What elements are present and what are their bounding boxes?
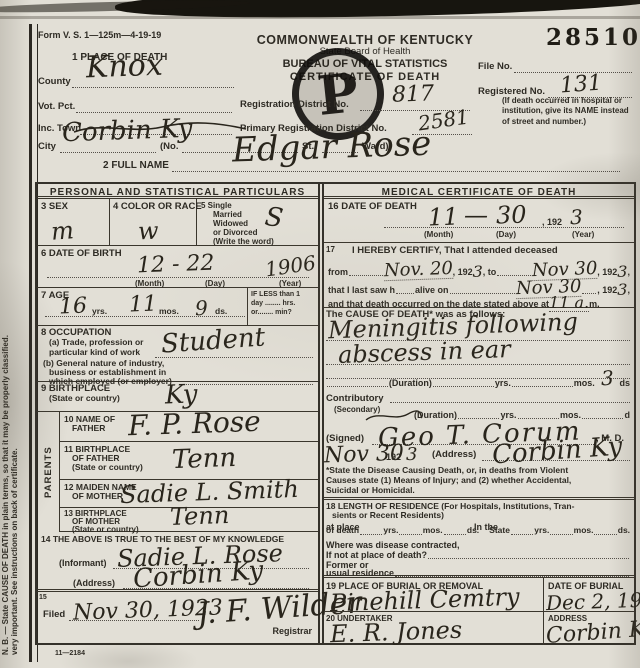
form-code: Form V. S. 1—125m—4-19-19 [38,30,161,40]
occupation-row: 8 OCCUPATION (a) Trade, profession or pa… [37,326,318,382]
reg-district-label: Registration District No. [240,100,349,111]
cause-block: The CAUSE OF DEATH* was as follows: Meni… [324,308,634,392]
dob-month-cap: (Month) [135,279,164,288]
sex-race-marital-row: 3 SEX m 4 COLOR OR RACE w 5 Single Marri… [37,199,318,246]
lastsaw-label: that I last saw h [328,285,395,295]
city-line [60,152,156,153]
dob-day-cap: (Day) [205,279,225,288]
undertaker-addr-value: Corbin Ky [545,618,640,648]
if-less-line3: or........ min? [251,309,292,317]
dob-year-value: 1906 [264,253,317,280]
res-yrs-cap: yrs. [383,526,398,536]
if-less-box: IF LESS than 1 day ........ hrs. or.....… [247,288,318,326]
city-no-label: (No. [160,142,178,153]
age-days-value: 9 [195,298,208,318]
footnote-line3: Suicidal or Homicidal. [326,486,415,496]
parents-strip: PARENTS [37,412,60,532]
lastsaw-192: , 192 [597,285,617,295]
attended-from-date: Nov. 20 [383,260,453,281]
sex-value: m [50,218,74,244]
parents-label: PARENTS [37,412,60,532]
marital-label-5: (Write the word) [213,237,274,246]
certify-num: 17 [326,245,335,254]
certify-text: I HEREBY CERTIFY, That I attended deceas… [352,246,558,257]
duration-mos-cap: mos. [574,378,595,388]
if-less-line2: day ........ hrs. [251,300,295,308]
county-label: County [38,77,71,88]
informant-row: 14 THE ABOVE IS TRUE TO THE BEST OF MY K… [37,532,318,592]
marital-label-4: or Divorced [213,228,257,237]
race-label: 4 COLOR OR RACE [113,202,202,213]
personal-title: PERSONAL AND STATISTICAL PARTICULARS [50,187,305,198]
duration-yrs-cap: yrs. [495,378,511,388]
informant-label: (Informant) [59,558,107,568]
city-label: City [38,142,56,153]
dod-192-print: , 192 [542,217,562,227]
to-label: , to [483,267,497,277]
full-name-line [172,171,620,172]
state-label: State [489,526,510,536]
former-line: usual residence [326,568,630,578]
occupation-a2: particular kind of work [49,348,140,358]
age-row: 7 AGE 16 yrs. 11 mos. 9 ds. IF LESS than… [37,288,318,326]
plate-code: 11—2184 [55,650,85,658]
reg-district-value: 817 [392,83,435,106]
margin-note: N. B. — State CAUSE OF DEATH in plain te… [1,150,19,655]
burial-date-value: Dec 2, 1923 [546,589,640,613]
medical-section-header: MEDICAL CERTIFICATE OF DEATH [324,182,634,199]
father-bp-value: Tenn [172,445,237,473]
certify-from-line: from Nov. 20 , 192 3 , to Nov 30 , 192 3… [328,261,630,277]
age-yrs-cap: yrs. [92,307,107,317]
mother-label-2: OF MOTHER [72,492,123,502]
undertaker-row: 20 UNDERTAKER E. R. Jones ADDRESS Corbin… [324,612,634,645]
res-ds-cap: ds. [467,526,479,536]
signed-block: (Signed) Geo T. Corum , M. D. Nov 30 192… [324,426,634,464]
comma: , [627,267,630,277]
father-bp-label-3: (State or country) [72,463,143,473]
marital-label-3: Widowed [213,219,248,228]
hospital-note: (If death occurred in hospital or instit… [502,96,636,127]
certify-occurred-line: and that death occurred on the date stat… [328,295,630,309]
comma2: , [627,285,630,295]
undertaker-cell: 20 UNDERTAKER E. R. Jones [324,612,544,645]
margin-note-line2: very important. See instructions on back… [10,150,19,655]
if-not-line: If not at place of death? [326,550,630,560]
file-no-label: File No. [478,62,512,73]
full-name-label: 2 FULL NAME [103,160,169,172]
to-192: , 192 [597,267,617,277]
duration-ds-cap: ds [619,378,630,388]
burial-place-cell: 19 PLACE OF BURIAL OR REMOVAL Pinehill C… [324,578,544,612]
father-birthplace-row: 11 BIRTHPLACE OF FATHER (State or countr… [60,442,318,480]
contributory-line [390,402,630,403]
vot-pct-line [76,112,232,113]
filed-num: 15 [39,594,47,602]
cause-footnote: *State the Disease Causing Death, or, in… [324,464,634,500]
res-ds2-cap: ds. [618,526,630,536]
res-mos2-cap: mos. [574,526,594,536]
county-line [72,87,234,88]
duration-line: (Duration) yrs. mos. 3 ds [326,368,630,388]
dod-month-value: 11 [428,204,459,229]
signed-192: 192 [386,452,401,462]
duration-ds-value: 3 [600,368,613,388]
mother-bp-value: Tenn [170,503,230,529]
alive-label: alive on [415,285,449,295]
residence-title-2: sients or Recent Residents) [332,511,444,521]
birthplace-value: Ky [165,381,198,408]
burial-date-cell: DATE OF BURIAL Dec 2, 1923 [544,578,634,612]
attended-to-year: 3 [617,264,627,280]
age-mos-cap: mos. [159,307,179,317]
from-192: , 192 [453,267,473,277]
race-field: 4 COLOR OR RACE w [110,199,197,246]
residence-block: 18 LENGTH OF RESIDENCE (For Hospitals, I… [324,500,634,578]
commonwealth-title: COMMONWEALTH OF KENTUCKY [233,33,497,47]
filed-label: Filed [43,610,65,621]
personal-section-header: PERSONAL AND STATISTICAL PARTICULARS [37,182,318,199]
cause-line2 [326,364,630,365]
death-certificate-scan: N. B. — State CAUSE OF DEATH in plain te… [0,0,640,668]
informant-addr-label: (Address) [73,578,115,588]
vot-pct-label: Vot. Pct. [38,102,75,113]
margin-note-line1: N. B. — State CAUSE OF DEATH in plain te… [1,150,10,655]
race-value: w [138,219,159,244]
sex-label: 3 SEX [41,202,68,213]
medical-title: MEDICAL CERTIFICATE OF DEATH [382,187,577,198]
sex-field: 3 SEX m [37,199,110,246]
attended-from-year: 3 [473,264,483,280]
filed-row: 15 Filed Nov 30, 1923 J. F. Wilder Regis… [37,592,318,643]
former-label-2: usual residence [326,568,394,578]
birthplace-sub: (State or country) [49,394,120,404]
signed-addr-label: (Address) [432,450,476,461]
mother-birthplace-row: 13 BIRTHPLACE OF MOTHER (State or countr… [60,508,318,532]
age-ds-cap: ds. [215,307,227,317]
certificate-serial: 28510 [546,24,640,51]
stamp-letter: P [314,60,361,128]
marital-label-1: 5 Single [201,201,232,210]
duration2-d-cap: d [624,410,630,420]
undertaker-addr-cell: ADDRESS Corbin Ky [544,612,634,645]
dob-line [47,277,309,278]
marital-field: 5 Single Married Widowed or Divorced (Wr… [197,199,318,246]
dod-label: 16 DATE OF DEATH [328,202,417,213]
dod-separator: — [464,203,488,227]
contributory-label: Contributory [326,394,384,405]
dob-row: 6 DATE OF BIRTH 12 - 22 1906 (Month) (Da… [37,246,318,288]
age-months-value: 11 [129,294,158,317]
of-death-label: of death [326,526,359,536]
dod-year-value: 3 [570,207,583,227]
from-label: from [328,267,348,277]
residence-duration-line: of death yrs. mos. ds. State yrs. mos. d… [326,526,630,536]
father-value: F. P. Rose [128,408,262,441]
full-name-value: Edgar Rose [231,127,431,168]
if-not-label: If not at place of death? [326,550,427,560]
dod-day-value: 30 [496,202,527,227]
burial-row: 19 PLACE OF BURIAL OR REMOVAL Pinehill C… [324,578,634,612]
where-contracted-label: Where was disease contracted, [326,540,460,550]
cause-line2-value: abscess in ear [338,337,511,367]
signed-year: 3 [406,446,417,464]
burial-place-value: Pinehill Cemtry [330,585,520,616]
registrar-label: Registrar [272,626,312,636]
res-mos-cap: mos. [423,526,443,536]
res-yrs2-cap: yrs. [534,526,549,536]
county-value: Knox [85,51,163,84]
marital-value: S [263,204,284,232]
undertaker-value: E. R. Jones [330,618,463,647]
dob-label: 6 DATE OF BIRTH [41,249,122,260]
occupation-value: Student [160,324,266,357]
age-years-value: 16 [59,296,88,319]
dod-day-cap: (Day) [496,230,516,239]
dob-year-cap: (Year) [279,279,301,288]
dod-month-cap: (Month) [424,230,453,239]
dob-month-day-value: 12 - 22 [137,253,215,278]
registered-no-value: 131 [559,73,602,98]
father-label-2: FATHER [72,424,105,434]
scan-smear [0,16,640,19]
duration-label: (Duration) [389,378,432,388]
father-row: 10 NAME OF FATHER F. P. Rose [60,412,318,442]
if-less-line1: IF LESS than 1 [251,291,300,299]
marital-label-2: Married [213,210,242,219]
certify-block: 17 I HEREBY CERTIFY, That I attended dec… [324,243,634,308]
date-of-death-row: 16 DATE OF DEATH 11 — 30 , 192 3 (Month)… [324,199,634,243]
dod-year-cap: (Year) [572,230,594,239]
